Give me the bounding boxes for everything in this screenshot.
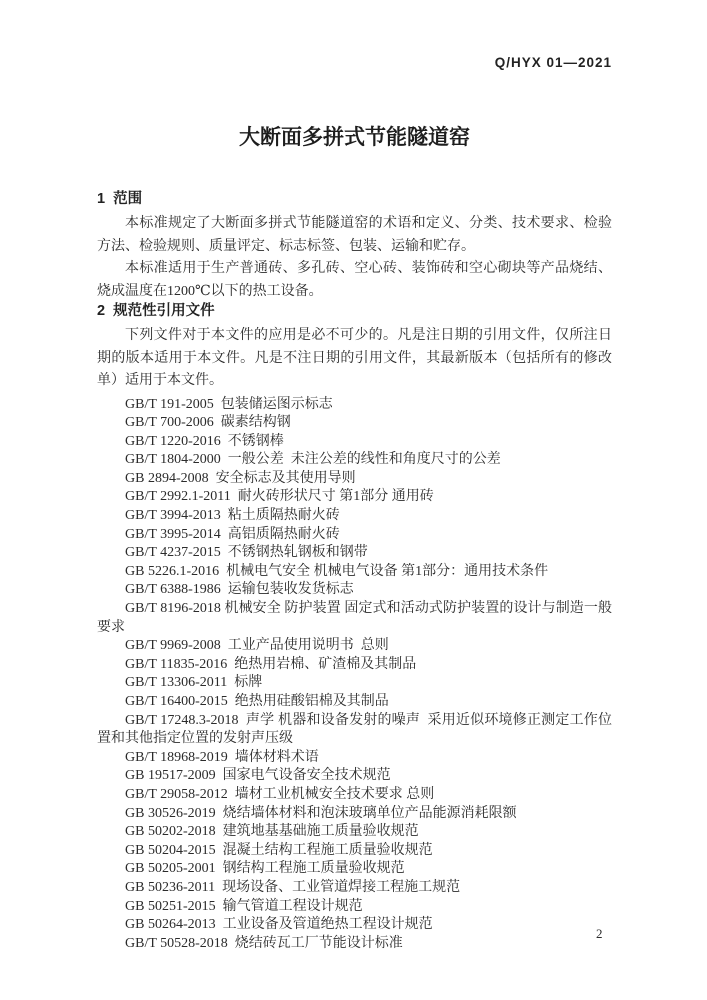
reference-item: GB/T 13306-2011 标牌: [97, 674, 612, 693]
reference-item: GB/T 6388-1986 运输包装收发货标志: [97, 581, 612, 600]
reference-item: GB/T 191-2005 包装储运图示标志: [97, 396, 612, 415]
reference-item: GB/T 18968-2019 墙体材料术语: [97, 749, 612, 768]
reference-item: GB 5226.1-2016 机械电气安全 机械电气设备 第1部分：通用技术条件: [97, 563, 612, 582]
reference-list: GB/T 191-2005 包装储运图示标志GB/T 700-2006 碳素结构…: [97, 396, 612, 954]
reference-item: GB 2894-2008 安全标志及其使用导则: [97, 470, 612, 489]
reference-item: GB 19517-2009 国家电气设备安全技术规范: [97, 767, 612, 786]
reference-item: GB/T 17248.3-2018 声学 机器和设备发射的噪声 采用近似环境修正…: [97, 712, 612, 749]
reference-item: GB/T 1804-2000 一般公差 未注公差的线性和角度尺寸的公差: [97, 451, 612, 470]
document-title: 大断面多拼式节能隧道窑: [97, 125, 612, 151]
reference-item: GB/T 700-2006 碳素结构钢: [97, 414, 612, 433]
reference-item: GB 50251-2015 输气管道工程设计规范: [97, 898, 612, 917]
scope-paragraph-2: 本标准适用于生产普通砖、多孔砖、空心砖、装饰砖和空心砌块等产品烧结、烧成温度在1…: [97, 258, 612, 303]
reference-item: GB 50204-2015 混凝土结构工程施工质量验收规范: [97, 842, 612, 861]
page-header: Q/HYX 01—2021: [97, 55, 612, 71]
reference-item: GB 50205-2001 钢结构工程施工质量验收规范: [97, 860, 612, 879]
reference-item: GB/T 4237-2015 不锈钢热轧钢板和钢带: [97, 544, 612, 563]
scope-paragraph-1: 本标准规定了大断面多拼式节能隧道窑的术语和定义、分类、技术要求、检验方法、检验规…: [97, 213, 612, 258]
reference-item: GB 50236-2011 现场设备、工业管道焊接工程施工规范: [97, 879, 612, 898]
standard-code: Q/HYX 01—2021: [495, 55, 612, 70]
section-scope-heading: 1 范围: [97, 191, 612, 207]
page-number: 2: [596, 926, 603, 942]
reference-item: GB/T 16400-2015 绝热用硅酸铝棉及其制品: [97, 693, 612, 712]
reference-item: GB/T 2992.1-2011 耐火砖形状尺寸 第1部分 通用砖: [97, 488, 612, 507]
reference-item: GB/T 8196-2018 机械安全 防护装置 固定式和活动式防护装置的设计与…: [97, 600, 612, 637]
references-intro: 下列文件对于本文件的应用是必不可少的。凡是注日期的引用文件，仅所注日期的版本适用…: [97, 325, 612, 393]
reference-item: GB/T 29058-2012 墙材工业机械安全技术要求 总则: [97, 786, 612, 805]
reference-item: GB/T 3994-2013 粘土质隔热耐火砖: [97, 507, 612, 526]
reference-item: GB/T 9969-2008 工业产品使用说明书 总则: [97, 637, 612, 656]
reference-item: GB 30526-2019 烧结墙体材料和泡沫玻璃单位产品能源消耗限额: [97, 805, 612, 824]
reference-item: GB/T 1220-2016 不锈钢棒: [97, 433, 612, 452]
reference-item: GB/T 3995-2014 高铝质隔热耐火砖: [97, 526, 612, 545]
reference-item: GB 50264-2013 工业设备及管道绝热工程设计规范: [97, 916, 612, 935]
reference-item: GB 50202-2018 建筑地基基础施工质量验收规范: [97, 823, 612, 842]
document-page: Q/HYX 01—2021 大断面多拼式节能隧道窑 1 范围 本标准规定了大断面…: [0, 0, 707, 1000]
reference-item: GB/T 11835-2016 绝热用岩棉、矿渣棉及其制品: [97, 656, 612, 675]
reference-item: GB/T 50528-2018 烧结砖瓦工厂节能设计标准: [97, 935, 612, 954]
section-references-heading: 2 规范性引用文件: [97, 303, 612, 319]
